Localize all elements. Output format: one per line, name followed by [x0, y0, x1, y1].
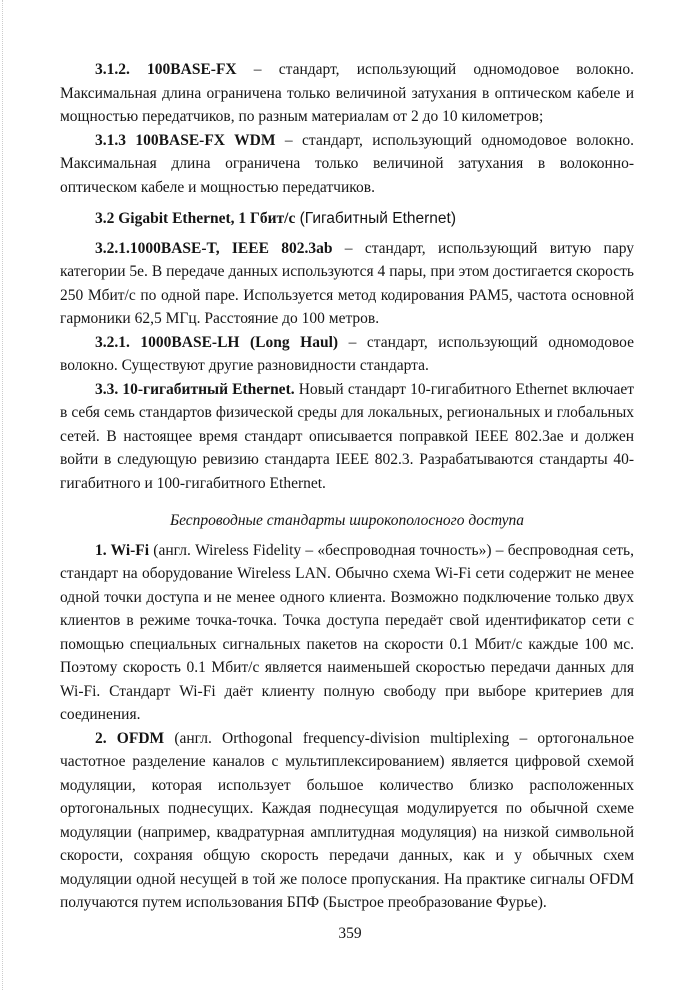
scan-edge-artifact [2, 0, 3, 990]
paragraph-100base-fx: 3.1.2. 100BASE-FX – стандарт, использующ… [60, 58, 634, 129]
paragraph-1000base-t: 3.2.1.1000BASE-T, IEEE 802.3ab – стандар… [60, 237, 634, 331]
paragraph-10-gigabit-ethernet: 3.3. 10-гигабитный Ethernet. Новый станд… [60, 378, 634, 496]
paragraph-ofdm: 2. OFDM (англ. Orthogonal frequency-divi… [60, 727, 634, 915]
heading-gigabit-ethernet: 3.2 Gigabit Ethernet, 1 Гбит/с (Гигабитн… [60, 207, 634, 231]
paragraph-lead: 3.1.3 100BASE-FX WDM [95, 132, 275, 149]
paragraph-100base-fx-wdm: 3.1.3 100BASE-FX WDM – стандарт, использ… [60, 129, 634, 200]
document-page: 3.1.2. 100BASE-FX – стандарт, использующ… [0, 0, 700, 990]
paragraph-lead: 3.2.1. 1000BASE-LH (Long Haul) [95, 334, 338, 351]
heading-paren-text: (Гигабитный Ethernet) [295, 210, 456, 227]
paragraph-text: (англ. Orthogonal frequency-division mul… [60, 730, 634, 912]
paragraph-lead: 2. OFDM [95, 730, 164, 747]
paragraph-lead: 3.2.1.1000BASE-T, IEEE 802.3ab [95, 240, 332, 257]
paragraph-1000base-lh: 3.2.1. 1000BASE-LH (Long Haul) – стандар… [60, 331, 634, 378]
paragraph-text: (англ. Wireless Fidelity – «беспроводная… [60, 542, 634, 724]
paragraph-lead: 3.3. 10-гигабитный Ethernet. [95, 381, 295, 398]
heading-bold-text: 3.2 Gigabit Ethernet, 1 Гбит/с [95, 210, 295, 227]
text-column: 3.1.2. 100BASE-FX – стандарт, использующ… [60, 58, 634, 915]
paragraph-lead: 1. Wi-Fi [95, 542, 149, 559]
page-number: 359 [0, 922, 700, 946]
heading-wireless-standards: Беспроводные стандарты широкополосного д… [60, 509, 634, 533]
paragraph-lead: 3.1.2. 100BASE-FX [95, 61, 237, 78]
paragraph-wifi: 1. Wi-Fi (англ. Wireless Fidelity – «бес… [60, 539, 634, 727]
